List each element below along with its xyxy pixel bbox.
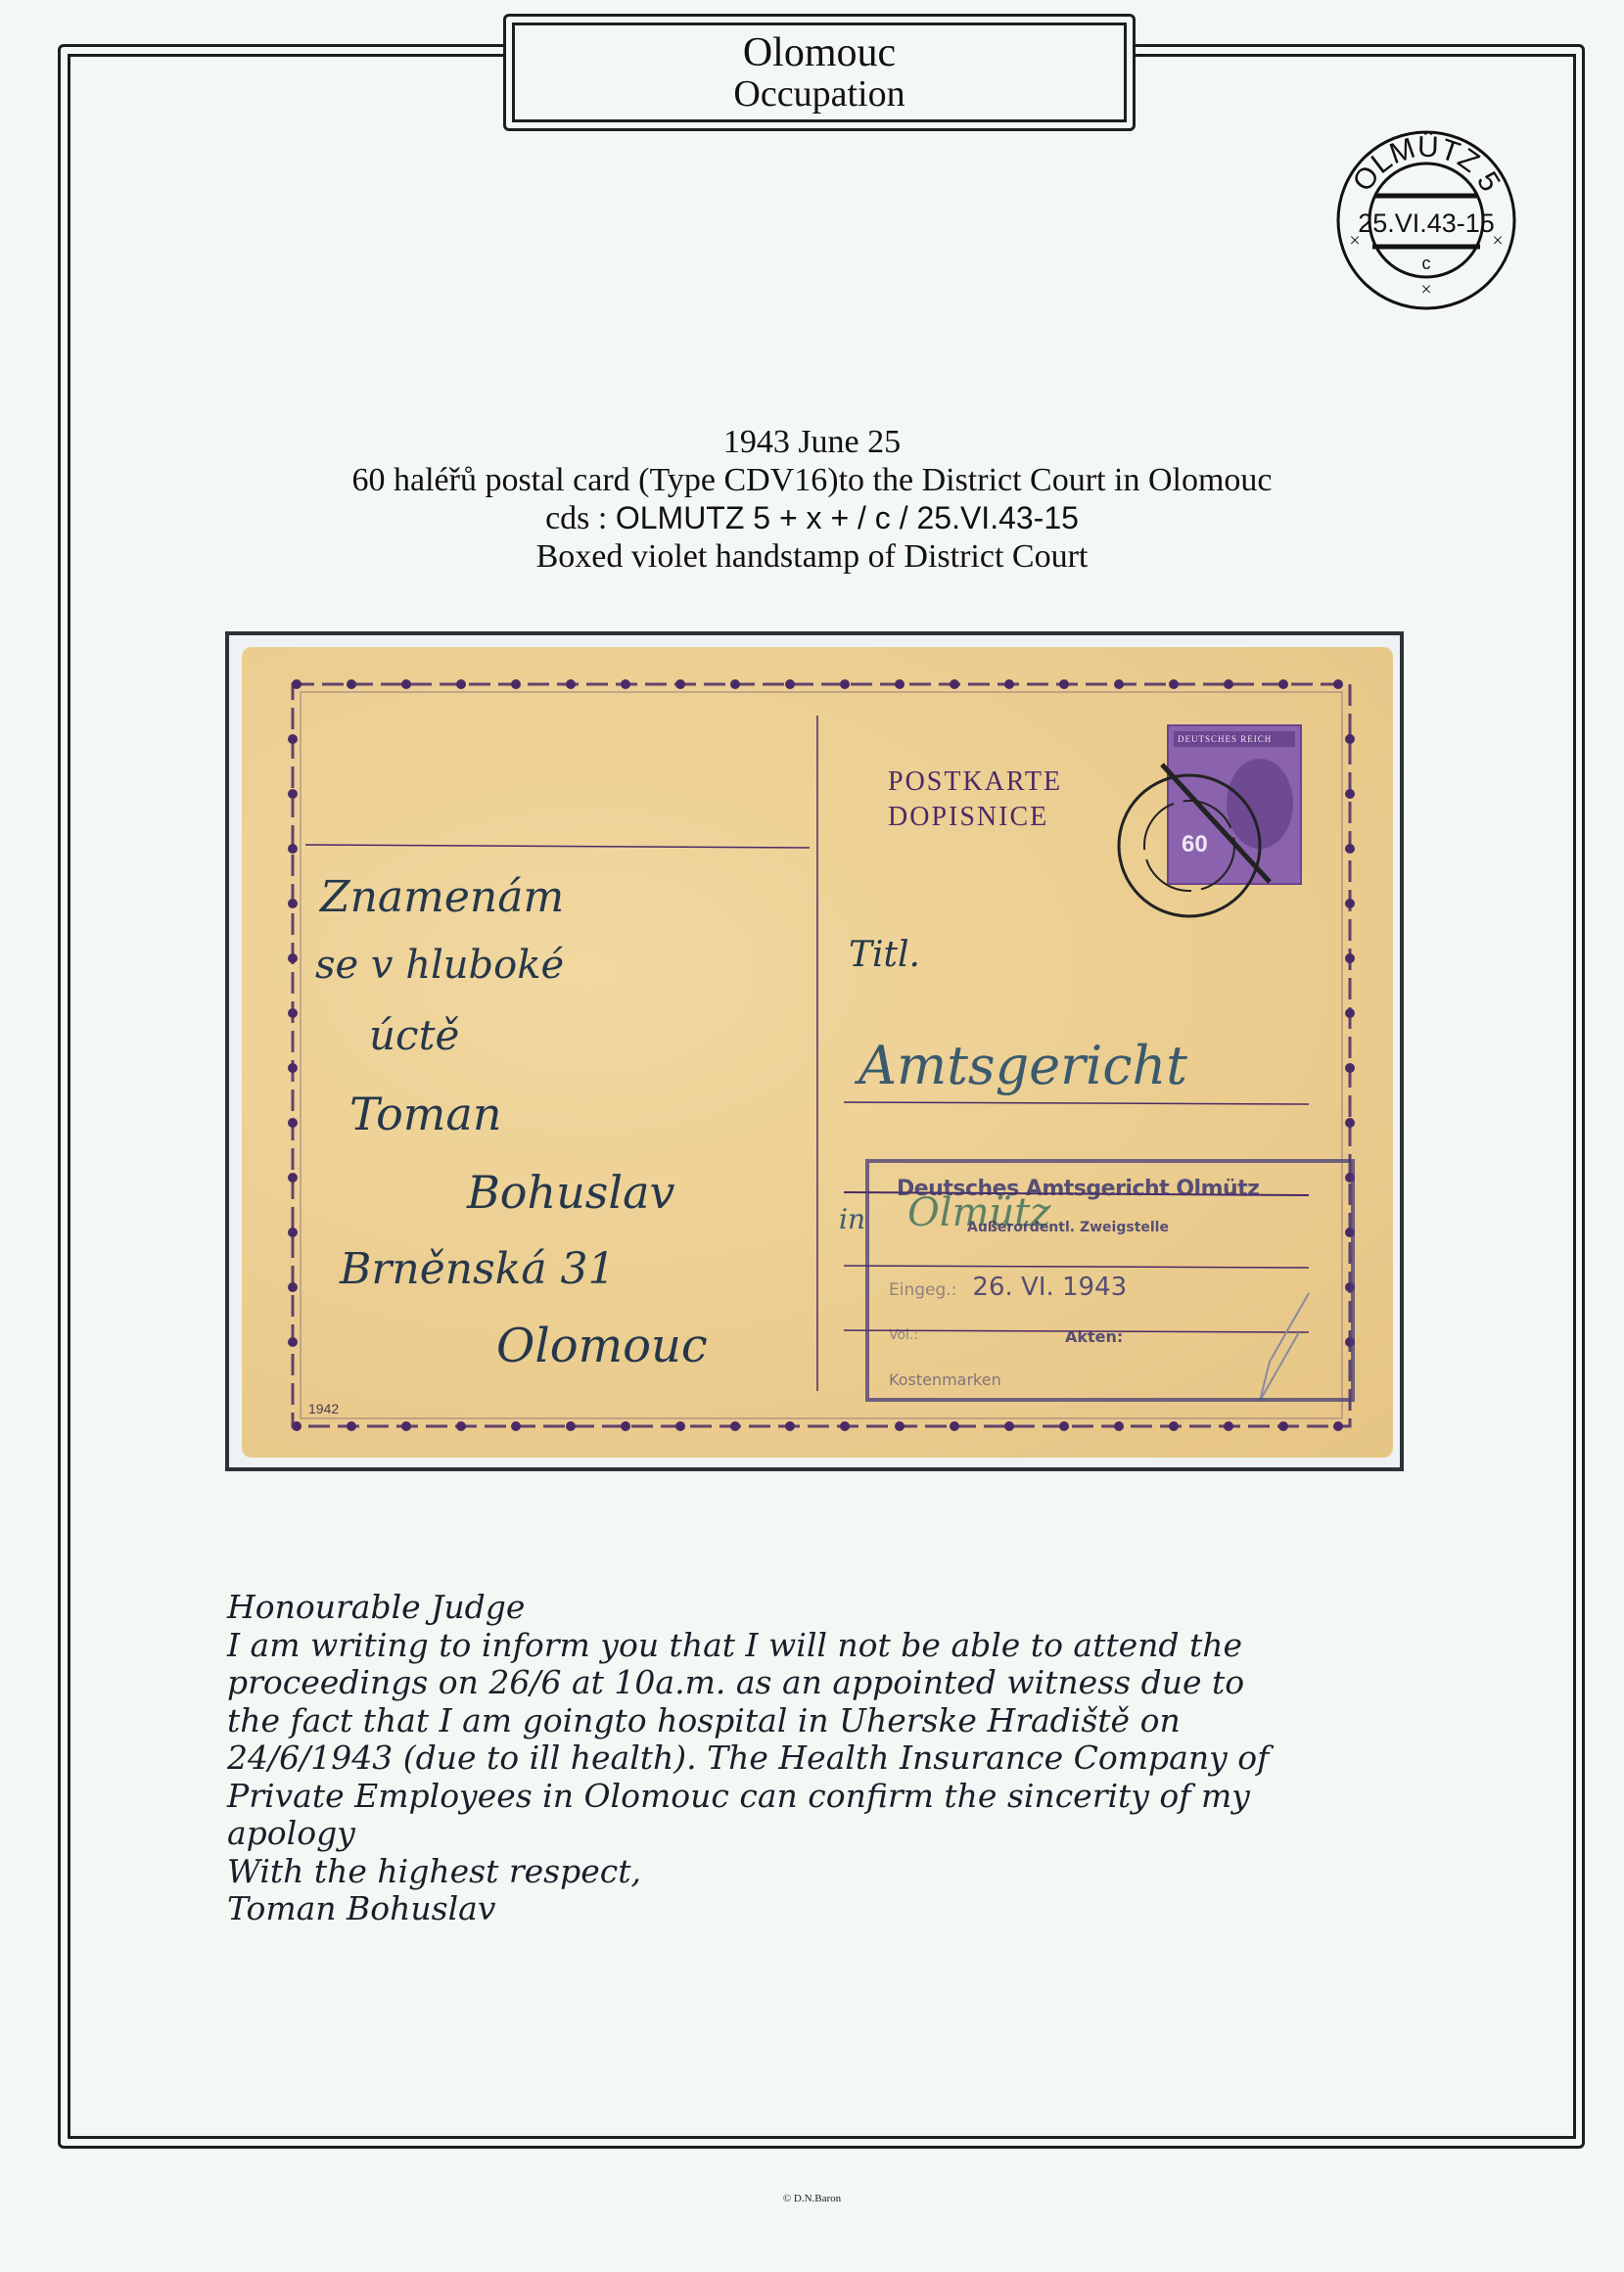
court-handstamp: Deutsches Amtsgericht Olmütz Außerordent… [865,1159,1355,1402]
translation-line: Private Employees in Olomouc can confirm… [227,1778,1451,1816]
postmark-cross-right: × [1492,230,1503,252]
handstamp-akten-label: Akten: [1065,1327,1123,1346]
handstamp-vol-label: Vol.: [889,1327,918,1343]
translation-line: Toman Bohuslav [227,1890,1451,1928]
handstamp-court-name: Deutsches Amtsgericht Olmütz [897,1177,1259,1201]
address-in: in [839,1203,865,1235]
postmark-cross-left: × [1349,230,1360,252]
caption-date: 1943 June 25 [196,423,1428,461]
sender-line-2: se v hluboké [315,943,564,988]
address-recipient: Amtsgericht [858,1035,1187,1096]
translation-line: 24/6/1943 (due to ill health). The Healt… [227,1739,1451,1778]
sender-line-4: Toman [349,1088,501,1140]
stamp-value: 60 [1182,831,1208,858]
page-title: Olomouc [743,31,896,74]
translation-line: I am writing to inform you that I will n… [227,1627,1451,1665]
handstamp-marken-label: Kostenmarken [889,1370,1001,1389]
sender-line-7: Olomouc [496,1319,708,1373]
postal-card: POSTKARTE DOPISNICE DEUTSCHES REICH 60 1… [242,647,1393,1458]
translation-line: the fact that I am goingto hospital in U… [227,1702,1451,1740]
sender-line-3: úctě [369,1011,459,1059]
caption-cds: cds : OLMUTZ 5 + x + / c / 25.VI.43-15 [196,499,1428,537]
postmark-letter: c [1422,254,1431,273]
caption-cds-value: OLMUTZ 5 + x + / c / 25.VI.43-15 [616,500,1079,535]
handstamp-received: Eingeg.:26. VI. 1943 [889,1273,1127,1302]
sender-line-5: Bohuslav [467,1166,674,1219]
card-heading-cz: DOPISNICE [888,800,1062,835]
page-subtitle: Occupation [733,74,905,114]
stamp-country: DEUTSCHES REICH [1178,734,1272,744]
postmark-date: 25.VI.43-15 [1358,209,1495,238]
caption-description: 60 haléřů postal card (Type CDV16)to the… [196,461,1428,499]
address-title: Titl. [849,935,920,975]
handstamp-branch: Außerordentl. Zweigstelle [967,1220,1169,1235]
translation-text: Honourable JudgeI am writing to inform y… [227,1589,1451,1928]
sender-line-1: Znamenám [320,872,564,922]
card-heading: POSTKARTE DOPISNICE [888,765,1062,835]
translation-line: apology [227,1815,1451,1853]
postmark-cross-bottom: × [1420,279,1431,301]
handstamp-received-date: 26. VI. 1943 [972,1273,1127,1302]
postmark-illustration: OLMÜTZ 5 25.VI.43-15 c × × × [1333,127,1519,313]
translation-line: Honourable Judge [227,1589,1451,1627]
card-year-imprint: 1942 [308,1401,339,1416]
copyright: © D.N.Baron [0,2193,1624,2204]
card-heading-de: POSTKARTE [888,765,1062,800]
sender-line-6: Brněnská 31 [340,1244,616,1294]
caption-handstamp: Boxed violet handstamp of District Court [196,537,1428,576]
translation-line: proceedings on 26/6 at 10a.m. as an appo… [227,1664,1451,1702]
translation-line: With the highest respect, [227,1853,1451,1891]
title-box: Olomouc Occupation [503,14,1136,131]
caption: 1943 June 25 60 haléřů postal card (Type… [196,423,1428,576]
